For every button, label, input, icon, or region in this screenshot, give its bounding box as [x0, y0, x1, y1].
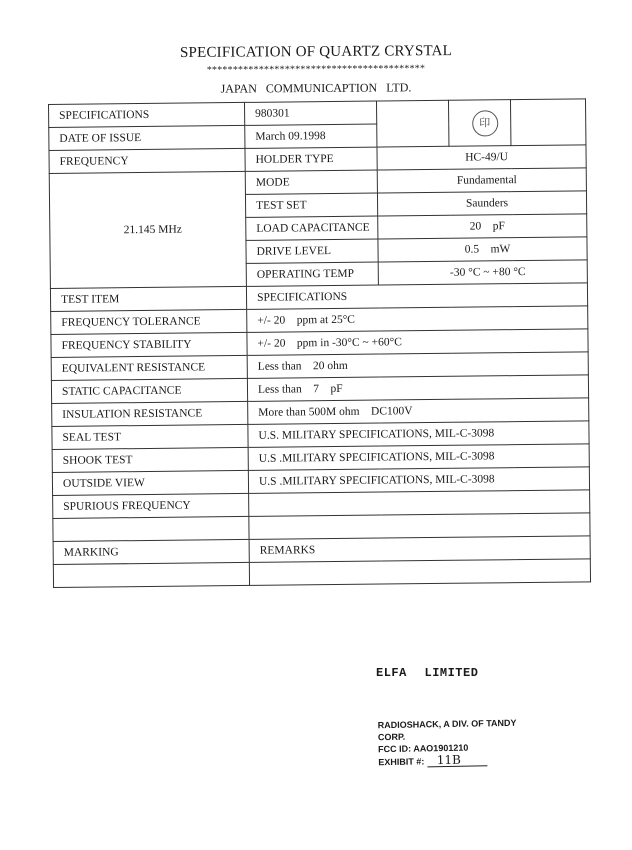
company-name: JAPAN COMMUNICAPTION LTD.: [0, 79, 632, 98]
company-stamp: ELFA LIMITED: [376, 666, 478, 680]
test-item-header: TEST ITEM: [50, 286, 246, 311]
test-item: EQUIVALENT RESISTANCE: [51, 355, 247, 380]
fcc-label: RADIOSHACK, A DIV. OF TANDY CORP. FCC ID…: [378, 717, 518, 768]
seal-cell: 印: [448, 100, 510, 147]
fcc-line-1: RADIOSHACK, A DIV. OF TANDY: [378, 717, 517, 731]
marking-label: MARKING: [53, 539, 249, 564]
exhibit-value: 11B: [427, 753, 487, 767]
param-label: HOLDER TYPE: [245, 147, 377, 171]
table-row: [53, 559, 590, 588]
frequency-label: FREQUENCY: [49, 148, 245, 173]
spec-table: SPECIFICATIONS 980301 印 DATE OF ISSUE Ma…: [48, 98, 591, 588]
test-item: FREQUENCY STABILITY: [51, 332, 247, 357]
table-row: SPECIFICATIONS 980301 印: [49, 99, 586, 128]
exhibit-label: EXHIBIT #:: [378, 756, 424, 767]
company-seal-icon: 印: [472, 110, 498, 136]
specifications-label: SPECIFICATIONS: [49, 102, 245, 127]
param-label: LOAD CAPACITANCE: [246, 216, 378, 240]
test-item: INSULATION RESISTANCE: [52, 401, 248, 426]
param-value: Saunders: [377, 191, 586, 216]
param-label: TEST SET: [245, 193, 377, 217]
param-value: 0.5 mW: [378, 237, 587, 262]
param-value: 20 pF: [378, 214, 587, 239]
spec-sheet: SPECIFICATIONS 980301 印 DATE OF ISSUE Ma…: [48, 98, 592, 746]
param-label: OPERATING TEMP: [246, 262, 378, 286]
frequency-value: 21.145 MHz: [49, 171, 246, 288]
test-item: STATIC CAPACITANCE: [51, 378, 247, 403]
date-value: March 09.1998: [245, 124, 377, 148]
test-item: SPURIOUS FREQUENCY: [53, 493, 249, 518]
exhibit-line: EXHIBIT #: 11B: [378, 753, 517, 768]
document-title: SPECIFICATION OF QUARTZ CRYSTAL: [0, 42, 632, 63]
marking-area: [53, 562, 249, 587]
date-label: DATE OF ISSUE: [49, 125, 245, 150]
remarks-area: [249, 559, 590, 586]
param-value: HC-49/U: [377, 145, 586, 170]
test-item: SEAL TEST: [52, 424, 248, 449]
test-item: OUTSIDE VIEW: [52, 470, 248, 495]
title-rule: ****************************************…: [0, 62, 632, 77]
test-item: SHOOK TEST: [52, 447, 248, 472]
param-label: DRIVE LEVEL: [246, 239, 378, 263]
param-value: -30 °C ~ +80 °C: [378, 260, 587, 285]
param-value: Fundamental: [377, 168, 586, 193]
test-item: [53, 516, 249, 541]
test-item: FREQUENCY TOLERANCE: [51, 309, 247, 334]
param-label: MODE: [245, 170, 377, 194]
specifications-value: 980301: [244, 101, 376, 125]
